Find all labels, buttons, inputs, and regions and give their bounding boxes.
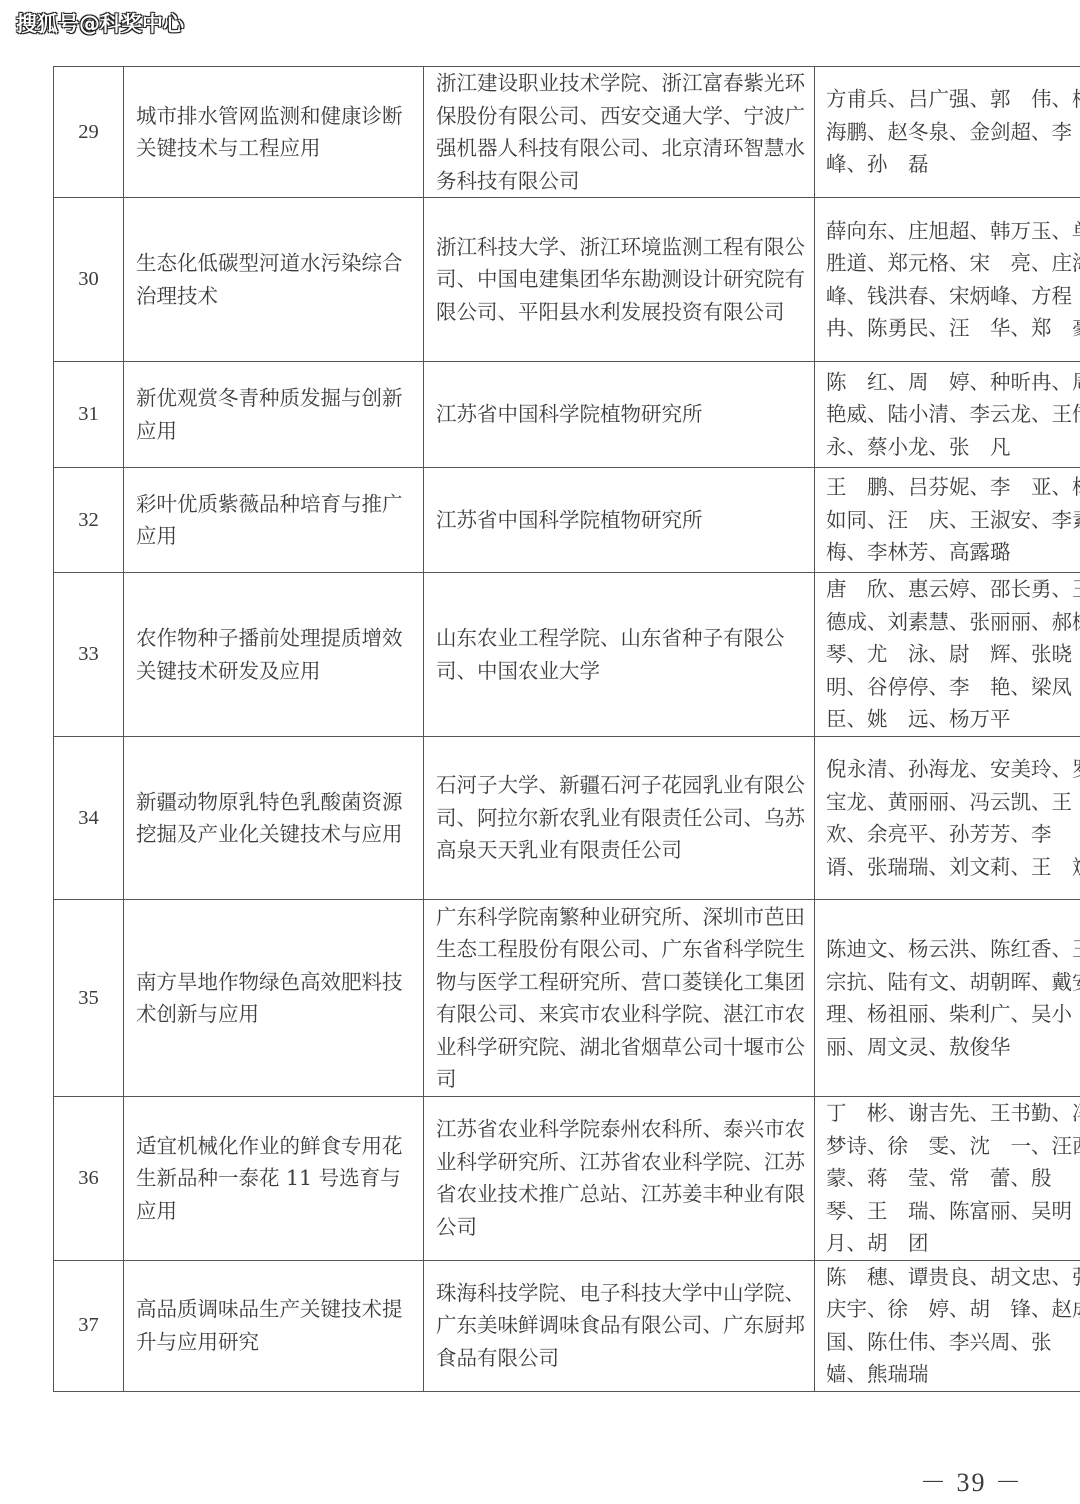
organizations: 浙江科技大学、浙江环境监测工程有限公司、中国电建集团华东勘测设计研究院有限公司、… xyxy=(436,231,808,329)
project-name: 彩叶优质紫薇品种培育与推广应用 xyxy=(136,488,415,553)
people: 王 鹏、吕芬妮、李 亚、杨如同、汪 庆、王淑安、李素梅、李林芳、高露璐 xyxy=(826,471,1080,569)
row-number: 36 xyxy=(54,1162,123,1195)
people-cell: 倪永清、孙海龙、安美玲、罗宝龙、黄丽丽、冯云凯、王 欢、余亮平、孙芳芳、李 谞、… xyxy=(815,737,1080,900)
project-name-cell: 新疆动物原乳特色乳酸菌资源挖掘及产业化关键技术与应用 xyxy=(124,737,424,900)
row-number-cell: 32 xyxy=(54,468,124,573)
project-name-cell: 农作物种子播前处理提质增效关键技术研发及应用 xyxy=(124,573,424,737)
organizations: 珠海科技学院、电子科技大学中山学院、广东美味鲜调味食品有限公司、广东厨邦食品有限… xyxy=(436,1277,808,1375)
people-cell: 丁 彬、谢吉先、王书勤、冯梦诗、徐 雯、沈 一、汪西蒙、蒋 莹、常 蕾、殷 琴、… xyxy=(815,1097,1080,1261)
table-row: 34 新疆动物原乳特色乳酸菌资源挖掘及产业化关键技术与应用 石河子大学、新疆石河… xyxy=(54,737,1080,900)
people: 丁 彬、谢吉先、王书勤、冯梦诗、徐 雯、沈 一、汪西蒙、蒋 莹、常 蕾、殷 琴、… xyxy=(826,1097,1080,1260)
organizations-cell: 浙江建设职业技术学院、浙江富春紫光环保股份有限公司、西安交通大学、宁波广强机器人… xyxy=(424,67,815,198)
organizations-cell: 江苏省中国科学院植物研究所 xyxy=(424,362,815,468)
row-number: 29 xyxy=(54,116,123,149)
row-number-cell: 30 xyxy=(54,198,124,362)
project-name-cell: 城市排水管网监测和健康诊断关键技术与工程应用 xyxy=(124,67,424,198)
organizations: 江苏省中国科学院植物研究所 xyxy=(436,398,808,431)
row-number: 35 xyxy=(54,982,123,1015)
table-row: 37 高品质调味品生产关键技术提升与应用研究 珠海科技学院、电子科技大学中山学院… xyxy=(54,1260,1080,1391)
people: 陈迪文、杨云洪、陈红香、王宗抗、陆有文、胡朝晖、戴安理、杨祖丽、柴利广、吴小丽、… xyxy=(826,933,1080,1063)
people: 陈 穗、谭贵良、胡文忠、张庆宇、徐 婷、胡 锋、赵成国、陈仕伟、李兴周、张 嫱、… xyxy=(826,1261,1080,1391)
organizations: 石河子大学、新疆石河子花园乳业有限公司、阿拉尔新农乳业有限责任公司、乌苏高泉天天… xyxy=(436,769,808,867)
organizations-cell: 广东科学院南繁种业研究所、深圳市芭田生态工程股份有限公司、广东省科学院生物与医学… xyxy=(424,900,815,1097)
organizations-cell: 山东农业工程学院、山东省种子有限公司、中国农业大学 xyxy=(424,573,815,737)
row-number: 34 xyxy=(54,802,123,835)
row-number: 30 xyxy=(54,263,123,296)
awards-table-body: 29 城市排水管网监测和健康诊断关键技术与工程应用 浙江建设职业技术学院、浙江富… xyxy=(54,67,1080,1392)
table-row: 36 适宜机械化作业的鲜食专用花生新品种一泰花 11 号选育与应用 江苏省农业科… xyxy=(54,1097,1080,1261)
table-row: 30 生态化低碳型河道水污染综合治理技术 浙江科技大学、浙江环境监测工程有限公司… xyxy=(54,198,1080,362)
row-number-cell: 35 xyxy=(54,900,124,1097)
people-cell: 陈 红、周 婷、种昕冉、周艳威、陆小清、李云龙、王传永、蔡小龙、张 凡 xyxy=(815,362,1080,468)
project-name: 适宜机械化作业的鲜食专用花生新品种一泰花 11 号选育与应用 xyxy=(136,1130,415,1228)
people: 唐 欣、惠云婷、邵长勇、王德成、刘素慧、张丽丽、郝树琴、尤 泳、尉 辉、张晓明、… xyxy=(826,573,1080,736)
row-number-cell: 34 xyxy=(54,737,124,900)
project-name-cell: 南方旱地作物绿色高效肥料技术创新与应用 xyxy=(124,900,424,1097)
page-number: － 39 － xyxy=(920,1462,1023,1499)
organizations-cell: 江苏省农业科学院泰州农科所、泰兴市农业科学研究所、江苏省农业科学院、江苏省农业技… xyxy=(424,1097,815,1261)
organizations-cell: 石河子大学、新疆石河子花园乳业有限公司、阿拉尔新农乳业有限责任公司、乌苏高泉天天… xyxy=(424,737,815,900)
people: 陈 红、周 婷、种昕冉、周艳威、陆小清、李云龙、王传永、蔡小龙、张 凡 xyxy=(826,366,1080,464)
project-name-cell: 高品质调味品生产关键技术提升与应用研究 xyxy=(124,1260,424,1391)
organizations: 山东农业工程学院、山东省种子有限公司、中国农业大学 xyxy=(436,622,808,687)
table-row: 31 新优观赏冬青种质发掘与创新应用 江苏省中国科学院植物研究所 陈 红、周 婷… xyxy=(54,362,1080,468)
people: 方甫兵、吕广强、郭 伟、柯海鹏、赵冬泉、金剑超、李 峰、孙 磊 xyxy=(826,83,1080,181)
row-number: 32 xyxy=(54,504,123,537)
table-row: 29 城市排水管网监测和健康诊断关键技术与工程应用 浙江建设职业技术学院、浙江富… xyxy=(54,67,1080,198)
project-name: 新优观赏冬青种质发掘与创新应用 xyxy=(136,382,415,447)
project-name: 新疆动物原乳特色乳酸菌资源挖掘及产业化关键技术与应用 xyxy=(136,786,415,851)
people-cell: 王 鹏、吕芬妮、李 亚、杨如同、汪 庆、王淑安、李素梅、李林芳、高露璐 xyxy=(815,468,1080,573)
organizations: 江苏省中国科学院植物研究所 xyxy=(436,504,808,537)
table-row: 32 彩叶优质紫薇品种培育与推广应用 江苏省中国科学院植物研究所 王 鹏、吕芬妮… xyxy=(54,468,1080,573)
organizations-cell: 浙江科技大学、浙江环境监测工程有限公司、中国电建集团华东勘测设计研究院有限公司、… xyxy=(424,198,815,362)
row-number-cell: 33 xyxy=(54,573,124,737)
organizations: 浙江建设职业技术学院、浙江富春紫光环保股份有限公司、西安交通大学、宁波广强机器人… xyxy=(436,67,808,197)
row-number: 37 xyxy=(54,1309,123,1342)
people-cell: 薛向东、庄旭超、韩万玉、单胜道、郑元格、宋 亮、庄海峰、钱洪春、宋炳峰、方程冉、… xyxy=(815,198,1080,362)
organizations-cell: 珠海科技学院、电子科技大学中山学院、广东美味鲜调味食品有限公司、广东厨邦食品有限… xyxy=(424,1260,815,1391)
row-number-cell: 37 xyxy=(54,1260,124,1391)
project-name: 南方旱地作物绿色高效肥料技术创新与应用 xyxy=(136,966,415,1031)
project-name: 农作物种子播前处理提质增效关键技术研发及应用 xyxy=(136,622,415,687)
people: 薛向东、庄旭超、韩万玉、单胜道、郑元格、宋 亮、庄海峰、钱洪春、宋炳峰、方程冉、… xyxy=(826,215,1080,345)
people-cell: 方甫兵、吕广强、郭 伟、柯海鹏、赵冬泉、金剑超、李 峰、孙 磊 xyxy=(815,67,1080,198)
people-cell: 唐 欣、惠云婷、邵长勇、王德成、刘素慧、张丽丽、郝树琴、尤 泳、尉 辉、张晓明、… xyxy=(815,573,1080,737)
project-name-cell: 新优观赏冬青种质发掘与创新应用 xyxy=(124,362,424,468)
row-number-cell: 31 xyxy=(54,362,124,468)
row-number: 31 xyxy=(54,398,123,431)
row-number-cell: 36 xyxy=(54,1097,124,1261)
project-name: 城市排水管网监测和健康诊断关键技术与工程应用 xyxy=(136,100,415,165)
project-name-cell: 适宜机械化作业的鲜食专用花生新品种一泰花 11 号选育与应用 xyxy=(124,1097,424,1261)
organizations-cell: 江苏省中国科学院植物研究所 xyxy=(424,468,815,573)
project-name: 高品质调味品生产关键技术提升与应用研究 xyxy=(136,1293,415,1358)
project-name: 生态化低碳型河道水污染综合治理技术 xyxy=(136,247,415,312)
watermark: 搜狐号@科奖中心 xyxy=(16,8,184,38)
project-name-cell: 生态化低碳型河道水污染综合治理技术 xyxy=(124,198,424,362)
organizations: 江苏省农业科学院泰州农科所、泰兴市农业科学研究所、江苏省农业科学院、江苏省农业技… xyxy=(436,1113,808,1243)
people-cell: 陈 穗、谭贵良、胡文忠、张庆宇、徐 婷、胡 锋、赵成国、陈仕伟、李兴周、张 嫱、… xyxy=(815,1260,1080,1391)
row-number: 33 xyxy=(54,638,123,671)
organizations: 广东科学院南繁种业研究所、深圳市芭田生态工程股份有限公司、广东省科学院生物与医学… xyxy=(436,901,808,1096)
people: 倪永清、孙海龙、安美玲、罗宝龙、黄丽丽、冯云凯、王 欢、余亮平、孙芳芳、李 谞、… xyxy=(826,753,1080,883)
awards-table: 29 城市排水管网监测和健康诊断关键技术与工程应用 浙江建设职业技术学院、浙江富… xyxy=(53,66,1080,1392)
project-name-cell: 彩叶优质紫薇品种培育与推广应用 xyxy=(124,468,424,573)
table-row: 33 农作物种子播前处理提质增效关键技术研发及应用 山东农业工程学院、山东省种子… xyxy=(54,573,1080,737)
people-cell: 陈迪文、杨云洪、陈红香、王宗抗、陆有文、胡朝晖、戴安理、杨祖丽、柴利广、吴小丽、… xyxy=(815,900,1080,1097)
table-row: 35 南方旱地作物绿色高效肥料技术创新与应用 广东科学院南繁种业研究所、深圳市芭… xyxy=(54,900,1080,1097)
row-number-cell: 29 xyxy=(54,67,124,198)
